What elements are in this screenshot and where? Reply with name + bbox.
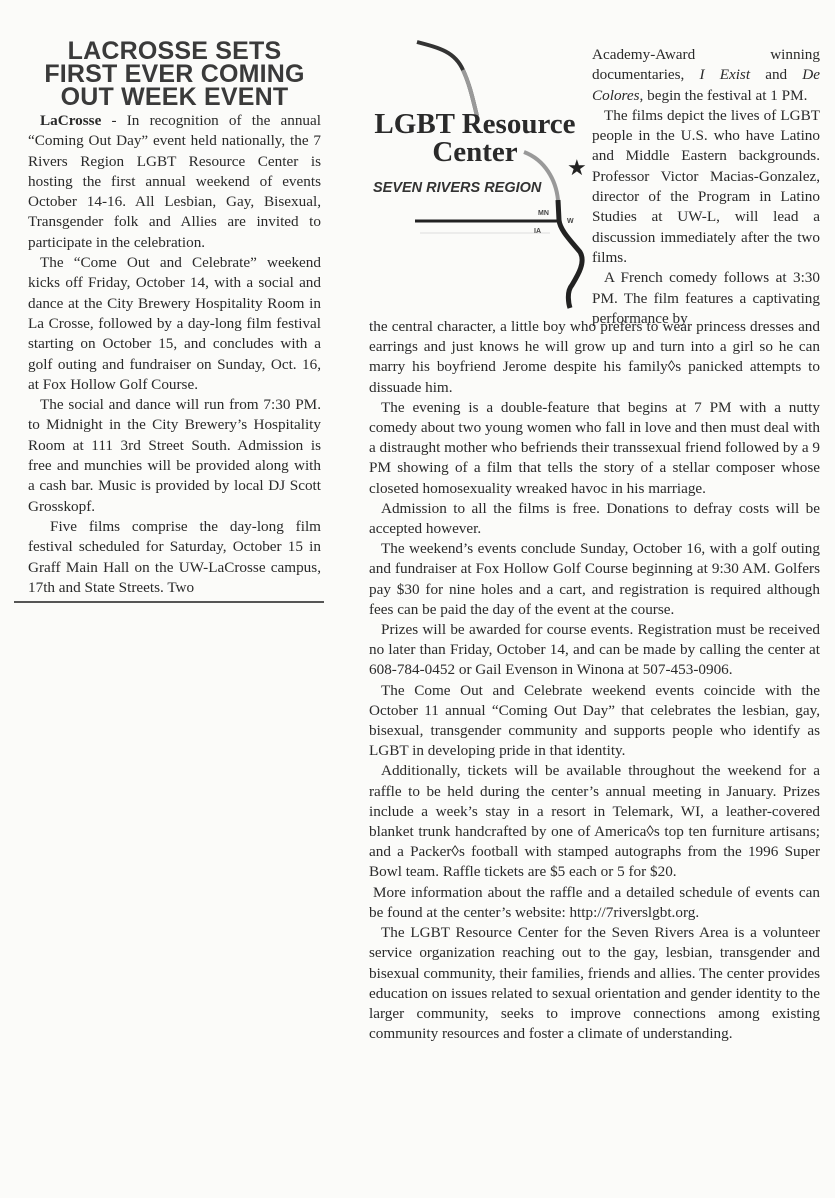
paragraph: the central character, a little boy who … [369,317,820,398]
star-icon: ★ [567,155,587,181]
river-map-icon [360,30,592,320]
text: and [750,66,802,83]
paragraph: Prizes will be awarded for course events… [369,620,820,681]
paragraph: The social and dance will run from 7:30 … [28,395,321,517]
paragraph-intro: LaCrosse - In recognition of the annual … [28,111,321,253]
state-label-mn: MN [538,210,549,217]
column-rule [14,601,324,603]
paragraph: The “Come Out and Celebrate” weekend kic… [28,253,321,395]
left-column: LACROSSE SETS FIRST EVER COMING OUT WEEK… [28,40,321,598]
text: , begin the festival at 1 PM. [640,87,808,104]
logo-title: LGBT Resource Center [370,110,580,166]
paragraph: Additionally, tickets will be available … [369,761,820,882]
right-bottom-column: the central character, a little boy who … [369,317,820,1044]
paragraph-films-intro: Academy-Award winning documentaries, I E… [592,45,820,106]
state-label-ia: IA [534,228,541,235]
paragraph: The LGBT Resource Center for the Seven R… [369,923,820,1044]
headline-line-3: OUT WEEK EVENT [61,83,289,111]
right-top-column: Academy-Award winning documentaries, I E… [592,45,820,329]
film-title: I Exist [700,66,751,83]
paragraph: The evening is a double-feature that beg… [369,398,820,499]
state-label-wi: W [567,218,574,225]
logo-title-line-2: Center [432,136,517,168]
dateline: LaCrosse [40,112,101,129]
lgbt-resource-center-logo: LGBT Resource Center ★ SEVEN RIVERS REGI… [360,30,592,320]
paragraph: The weekend’s events conclude Sunday, Oc… [369,539,820,620]
logo-subtitle: SEVEN RIVERS REGION [373,180,541,196]
paragraph: Five films comprise the day-long film fe… [28,517,321,598]
headline: LACROSSE SETS FIRST EVER COMING OUT WEEK… [28,40,321,109]
paragraph: The Come Out and Celebrate weekend event… [369,681,820,762]
paragraph: The films depict the lives of LGBT peopl… [592,106,820,268]
paragraph: More information about the raffle and a … [369,883,820,923]
paragraph: Admission to all the films is free. Dona… [369,499,820,539]
intro-text: - In recognition of the annual “Coming O… [28,112,321,251]
